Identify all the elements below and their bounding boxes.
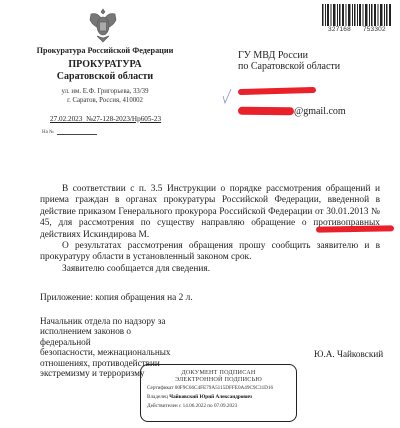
stamp-certificate: Сертификат 00F9C66C4FE79A5115DFFE0A49C9C… bbox=[147, 385, 290, 392]
stamp-title-line2: ЭЛЕКТРОННОЙ ПОДПИСЬЮ bbox=[147, 376, 290, 383]
valid-from-label: с bbox=[179, 403, 181, 409]
sender-address: ул. им. Е.Ф. Григорьева, 33/39 г. Сарато… bbox=[30, 87, 180, 105]
valid-to-label: по bbox=[207, 403, 212, 409]
owner-value: Чайковский Юрий Александрович bbox=[169, 394, 252, 400]
org-name-line1: ПРОКУРАТУРА bbox=[30, 59, 180, 71]
barcode-number: 327168753302 bbox=[328, 26, 398, 33]
reg-number: №27-128-2023/Нр605-23 bbox=[86, 115, 161, 123]
reg-date: 27.02.2023 bbox=[50, 115, 82, 123]
org-name-line2: Саратовской области bbox=[30, 71, 180, 83]
position-line: безопасности, межнациональных bbox=[40, 347, 180, 357]
recipient-line2: по Саратовской области bbox=[238, 61, 340, 72]
registration-number: 27.02.2023 №27-128-2023/Нр605-23 bbox=[50, 115, 161, 123]
redaction-applicant bbox=[316, 225, 394, 232]
on-number-field: На № bbox=[42, 130, 97, 135]
body-paragraph-2: О результатах рассмотрения обращения про… bbox=[40, 241, 380, 264]
valid-label: Действителен bbox=[147, 403, 178, 409]
address-line2: г. Саратов, Россия, 410002 bbox=[30, 96, 180, 105]
address-line1: ул. им. Е.Ф. Григорьева, 33/39 bbox=[30, 87, 180, 96]
on-number-line bbox=[57, 134, 97, 135]
stamp-validity: Действителен с 14.06.2022 по 07.09.2023 bbox=[147, 403, 290, 410]
org-name: ПРОКУРАТУРА Саратовской области bbox=[30, 59, 180, 83]
owner-label: Владелец bbox=[147, 394, 168, 400]
valid-to: 07.09.2023 bbox=[214, 403, 237, 409]
certificate-label: Сертификат bbox=[147, 385, 173, 391]
on-number-label: На № bbox=[42, 130, 54, 135]
attachment-note: Приложение: копия обращения на 2 л. bbox=[40, 293, 193, 303]
body-paragraph-1: В соответствии с п. 3.5 Инструкции о пор… bbox=[40, 184, 380, 241]
recipient: ГУ МВД России по Саратовской области bbox=[238, 50, 340, 72]
e-signature-stamp: ДОКУМЕНТ ПОДПИСАН ЭЛЕКТРОННОЙ ПОДПИСЬЮ С… bbox=[140, 364, 297, 422]
recipient-line1: ГУ МВД России bbox=[238, 50, 340, 61]
redaction-email-user bbox=[238, 107, 294, 115]
certificate-value: 00F9C66C4FE79A5115DFFE0A49C9C31D16 bbox=[175, 385, 273, 391]
barcode-icon bbox=[322, 4, 392, 26]
email-suffix: @gmail.com bbox=[294, 106, 346, 117]
body-paragraph-3: Заявителю сообщается для сведения. bbox=[40, 264, 380, 275]
checkmark-icon bbox=[222, 88, 232, 104]
barcode-digits-left: 327168 bbox=[328, 26, 351, 33]
stamp-owner: Владелец Чайковский Юрий Александрович bbox=[147, 394, 290, 401]
signer-name: Ю.А. Чайковский bbox=[314, 349, 383, 359]
redaction-name bbox=[238, 87, 316, 95]
coat-of-arms-icon bbox=[86, 6, 120, 44]
position-line: Начальник отдела по надзору за bbox=[40, 316, 180, 326]
org-federal-name: Прокуратура Российской Федерации bbox=[30, 46, 180, 55]
barcode-digits-right: 753302 bbox=[363, 26, 386, 33]
position-line: исполнением законов о федеральной bbox=[40, 326, 180, 347]
valid-from: 14.06.2022 bbox=[183, 403, 206, 409]
